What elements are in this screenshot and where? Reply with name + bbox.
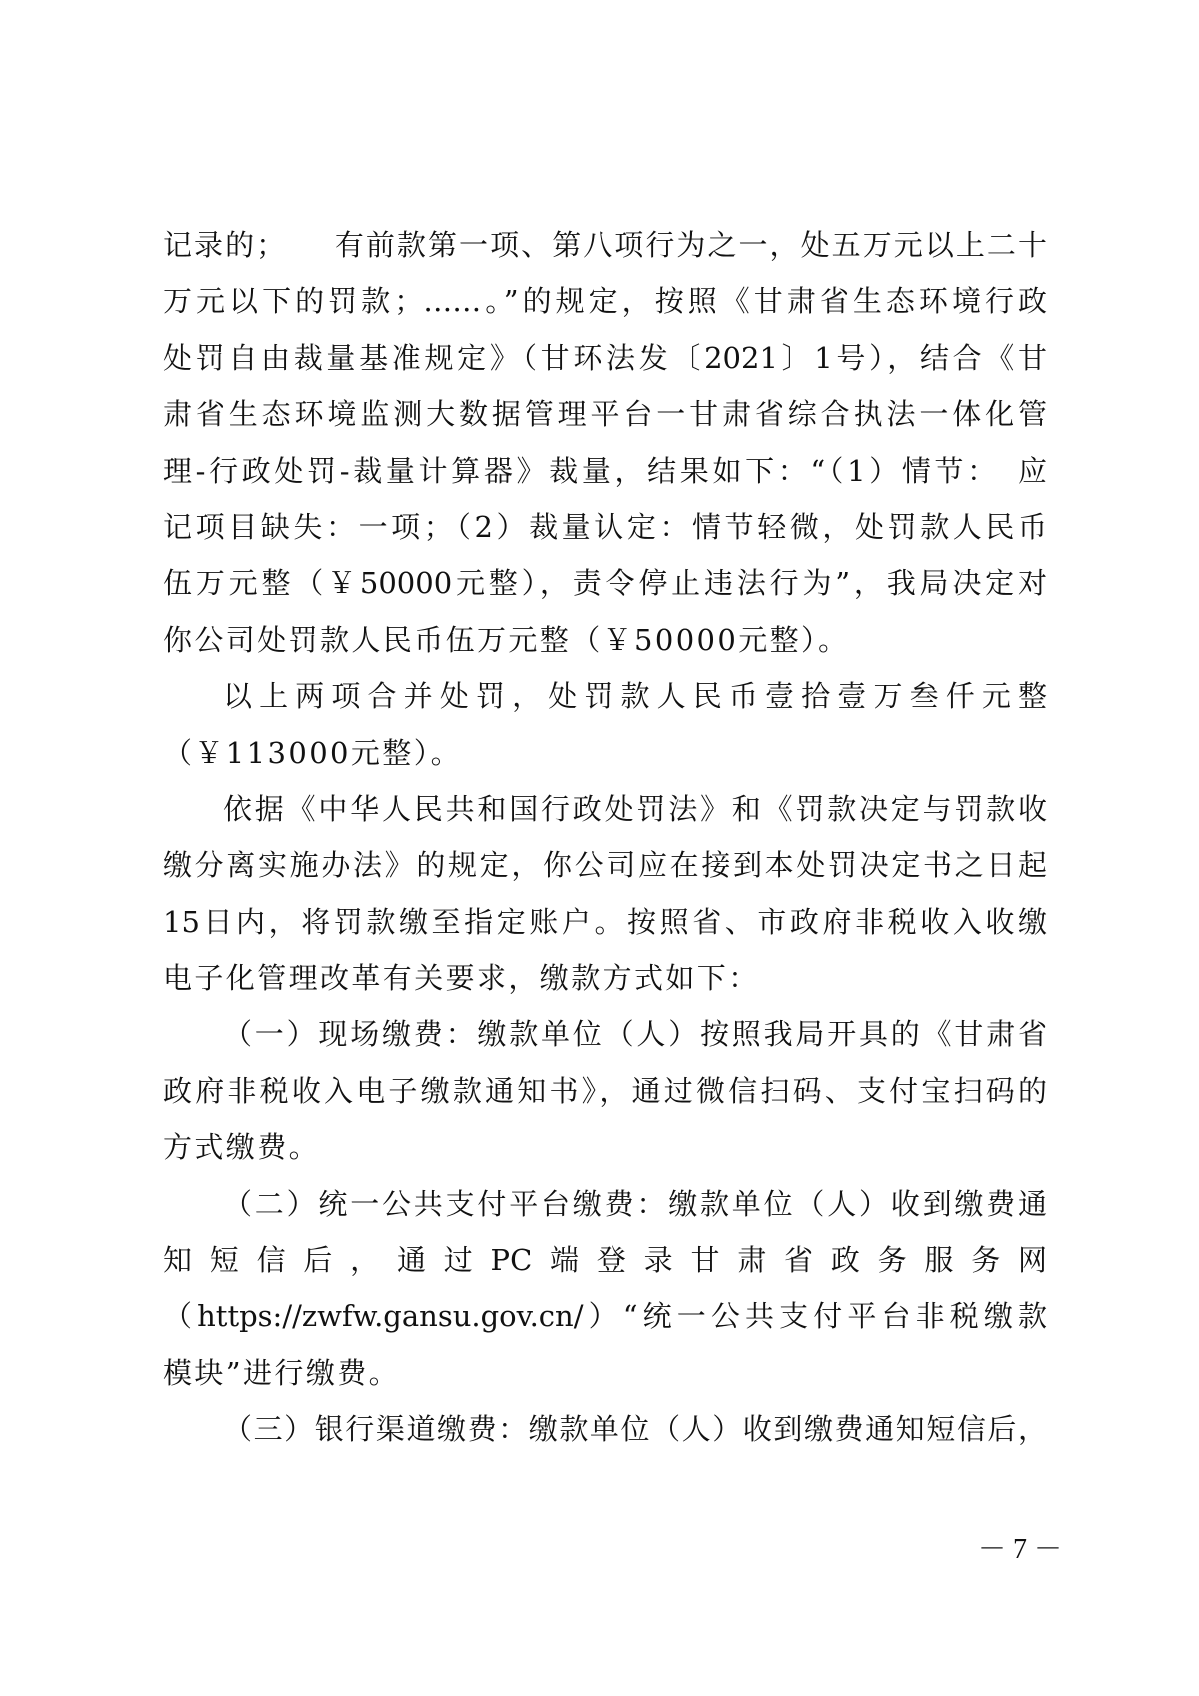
text-line-18: （二）统一公共支付平台缴费：缴款单位（人）收到缴费通 <box>163 1176 1047 1232</box>
text-line-11: 依据《中华人民共和国行政处罚法》和《罚款决定与罚款收 <box>163 781 1047 837</box>
text-line-19: 知短信后，通过PC端登录甘肃省政务服务网 <box>163 1232 1047 1288</box>
text-line-1: 记录的； 有前款第一项、第八项行为之一，处五万元以上二十 <box>163 217 1047 273</box>
text-line-16: 政府非税收入电子缴款通知书》，通过微信扫码、支付宝扫码的 <box>163 1063 1047 1119</box>
text-line-20: （https://zwfw.gansu.gov.cn/）“统一公共支付平台非税缴… <box>163 1288 1047 1344</box>
text-line-14: 电子化管理改革有关要求，缴款方式如下： <box>163 950 1047 1006</box>
text-line-12: 缴分离实施办法》的规定，你公司应在接到本处罚决定书之日起 <box>163 837 1047 893</box>
text-line-21: 模块”进行缴费。 <box>163 1345 1047 1401</box>
text-line-6: 记项目缺失：一项；（2）裁量认定：情节轻微，处罚款人民币 <box>163 499 1047 555</box>
page-number: － 7 － <box>978 1530 1058 1570</box>
text-line-15: （一）现场缴费：缴款单位（人）按照我局开具的《甘肃省 <box>163 1006 1047 1062</box>
text-line-13: 15日内，将罚款缴至指定账户。按照省、市政府非税收入收缴 <box>163 894 1047 950</box>
text-line-7: 伍万元整（￥50000元整），责令停止违法行为”，我局决定对 <box>163 555 1047 611</box>
text-line-8: 你公司处罚款人民币伍万元整（￥50000元整）。 <box>163 612 1047 668</box>
text-line-5: 理-行政处罚-裁量计算器》裁量，结果如下：“（1）情节： 应 <box>163 443 1047 499</box>
text-line-10: （￥113000元整）。 <box>163 725 1047 781</box>
text-line-17: 方式缴费。 <box>163 1119 1047 1175</box>
document-page: 记录的； 有前款第一项、第八项行为之一，处五万元以上二十 万元以下的罚款；……。… <box>0 0 1199 1696</box>
text-line-9: 以上两项合并处罚，处罚款人民币壹拾壹万叁仟元整 <box>163 668 1047 724</box>
text-line-4: 肃省生态环境监测大数据管理平台一甘肃省综合执法一体化管 <box>163 386 1047 442</box>
text-line-22: （三）银行渠道缴费：缴款单位（人）收到缴费通知短信后， <box>163 1401 1047 1457</box>
text-line-3: 处罚自由裁量基准规定》（甘环法发〔2021〕1号），结合《甘 <box>163 330 1047 386</box>
document-body: 记录的； 有前款第一项、第八项行为之一，处五万元以上二十 万元以下的罚款；……。… <box>163 217 1047 1458</box>
text-line-2: 万元以下的罚款；……。”的规定，按照《甘肃省生态环境行政 <box>163 273 1047 329</box>
